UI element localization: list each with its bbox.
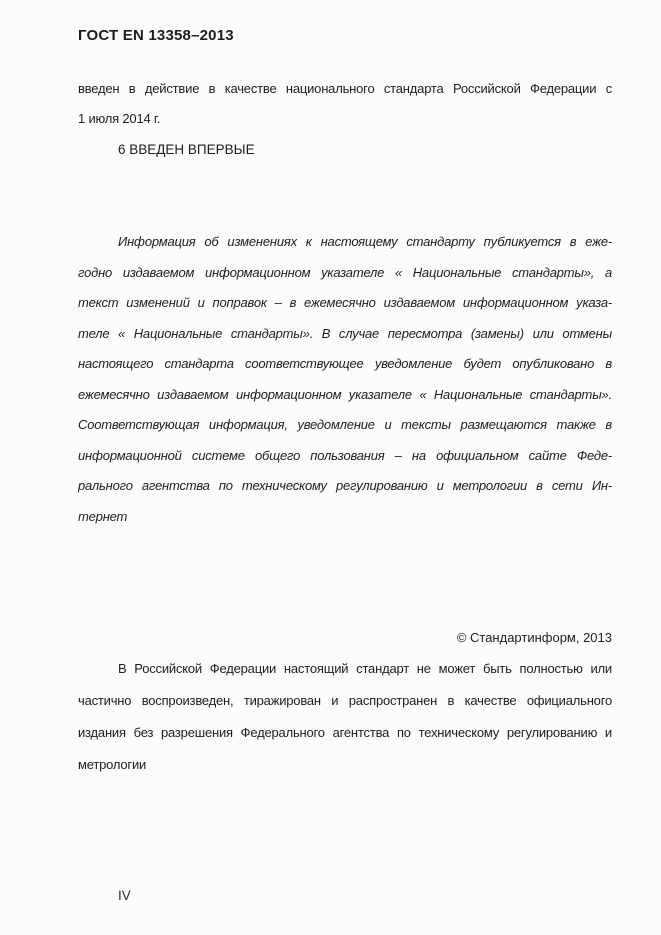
text-line: теле « Национальные стандарты». В случае… [78, 319, 612, 350]
text-line: 1 июля 2014 г. [78, 104, 612, 134]
text-line: текст изменений и поправок – в ежемесячн… [78, 288, 612, 319]
info-paragraph: Информация об изменениях к настоящему ст… [78, 227, 612, 532]
text-line: введен в действие в качестве национально… [78, 74, 612, 104]
text-line: годно издаваемом информационном указател… [78, 258, 612, 289]
page-number: IV [118, 881, 131, 911]
text-line: настоящего стандарта соответствующее уве… [78, 349, 612, 380]
text-line: частично воспроизведен, тиражирован и ра… [78, 685, 612, 717]
text-line: метрологии [78, 749, 612, 781]
text-line: рального агентства по техническому регул… [78, 471, 612, 502]
text-line: Информация об изменениях к настоящему ст… [78, 227, 612, 258]
copyright-notice: © Стандартинформ, 2013 [78, 623, 612, 653]
intro-paragraph: введен в действие в качестве национально… [78, 74, 612, 134]
restriction-paragraph: В Российской Федерации настоящий стандар… [78, 653, 612, 781]
text-line: тернет [78, 502, 612, 533]
document-page: ГОСТ EN 13358–2013 введен в действие в к… [0, 0, 661, 935]
text-line: ежемесячно издаваемом информационном ука… [78, 380, 612, 411]
text-line: Соответствующая информация, уведомление … [78, 410, 612, 441]
standard-code-header: ГОСТ EN 13358–2013 [78, 27, 234, 44]
text-line: издания без разрешения Федерального аген… [78, 717, 612, 749]
clause-heading: 6 ВВЕДЕН ВПЕРВЫЕ [118, 135, 255, 165]
text-line: В Российской Федерации настоящий стандар… [78, 653, 612, 685]
text-line: информационной системе общего пользовани… [78, 441, 612, 472]
